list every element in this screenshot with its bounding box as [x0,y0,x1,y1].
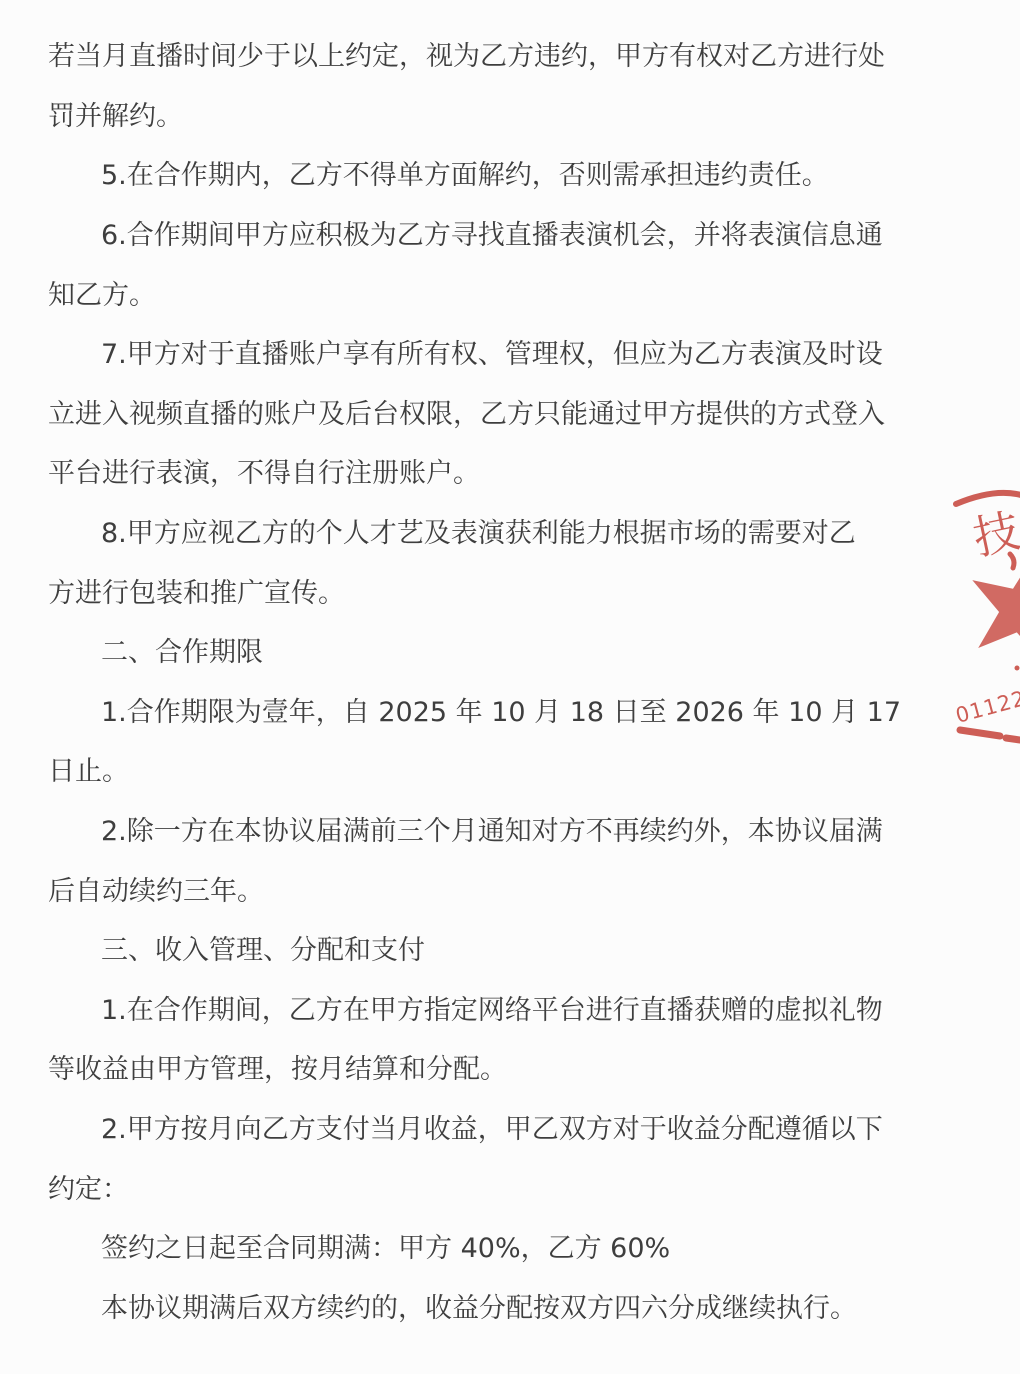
contract-line: 平台进行表演，不得自行注册账户。 [48,441,978,501]
contract-line: 立进入视频直播的账户及后台权限，乙方只能通过甲方提供的方式登入 [48,382,978,442]
seal-ink-speck [1015,666,1020,671]
contract-line: 罚并解约。 [48,84,978,144]
contract-line: 7.甲方对于直播账户享有所有权、管理权，但应为乙方表演及时设 [48,322,978,382]
scanned-contract-page: 若当月直播时间少于以上约定，视为乙方违约，甲方有权对乙方进行处罚并解约。5.在合… [0,0,1020,1374]
contract-line: 1.在合作期间，乙方在甲方指定网络平台进行直播获赠的虚拟礼物 [48,978,978,1038]
contract-line: 等收益由甲方管理，按月结算和分配。 [48,1037,978,1097]
contract-line: 2.除一方在本协议届满前三个月通知对方不再续约外，本协议届满 [48,799,978,859]
contract-line: 2.甲方按月向乙方支付当月收益，甲乙双方对于收益分配遵循以下 [48,1097,978,1157]
contract-line: 二、合作期限 [48,620,978,680]
seal-character-fragment [1010,554,1014,568]
contract-line: 若当月直播时间少于以上约定，视为乙方违约，甲方有权对乙方进行处 [48,24,978,84]
contract-line: 后自动续约三年。 [48,858,978,918]
contract-line: 约定： [48,1156,978,1216]
seal-star-icon [972,554,1020,664]
contract-line: 本协议期满后双方续约的，收益分配按双方四六分成继续执行。 [48,1275,978,1335]
contract-line: 方进行包装和推广宣传。 [48,560,978,620]
contract-line: 签约之日起至合同期满：甲方 40%，乙方 60% [48,1216,978,1276]
contract-text-block: 若当月直播时间少于以上约定，视为乙方违约，甲方有权对乙方进行处罚并解约。5.在合… [48,24,978,1335]
contract-line: 知乙方。 [48,262,978,322]
contract-line: 5.在合作期内，乙方不得单方面解约，否则需承担违约责任。 [48,143,978,203]
contract-line: 三、收入管理、分配和支付 [48,918,978,978]
contract-line: 6.合作期间甲方应积极为乙方寻找直播表演机会，并将表演信息通 [48,203,978,263]
contract-line: 日止。 [48,739,978,799]
seal-bottom-arc-2 [1006,738,1020,740]
contract-line: 1.合作期限为壹年，自 2025 年 10 月 18 日至 2026 年 10 … [48,680,978,740]
contract-line: 8.甲方应视乙方的个人才艺及表演获利能力根据市场的需要对乙 [48,501,978,561]
